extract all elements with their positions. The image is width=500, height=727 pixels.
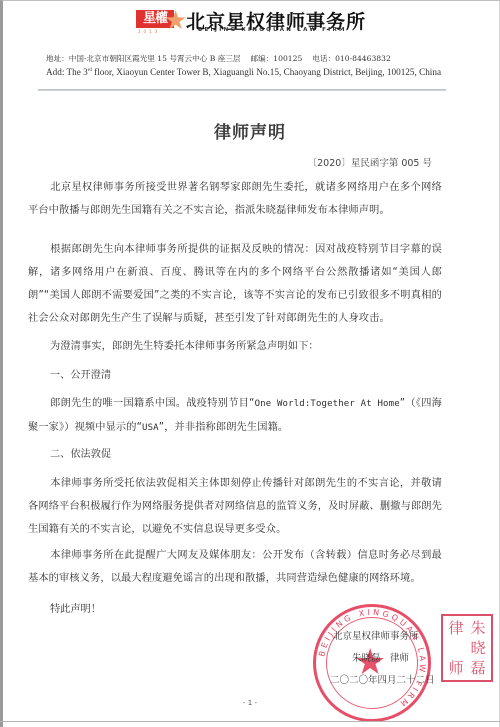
page-title: 律师声明 (0, 118, 500, 143)
bottom-border (0, 721, 500, 722)
page-number: - 1 - (0, 699, 500, 707)
paragraph-urge: 本律师事务所受托依法敦促相关主体即刻停止传播针对郎朗先生的不实言论，并敬请各网络… (28, 472, 442, 541)
paragraph-declaration-lead: 为澄清事实，郎朗先生特委托本律师事务所紧急声明如下： (28, 335, 442, 358)
paragraph-clarification: 郎朗先生的唯一国籍系中国。战疫特别节目“One World:Together A… (28, 392, 442, 440)
clarification-text-a: 郎朗先生的唯一国籍系中国。战疫特别节目“ (50, 398, 255, 409)
header-divider (38, 89, 446, 91)
signature-date: 二〇二〇年四月二十二日 (330, 672, 435, 686)
document-number: 〔2020〕星民函字第 005 号 (308, 155, 432, 169)
lawyer-seal: 朱 律 晓 师 磊 (441, 614, 493, 682)
paragraph-intro-text: 北京星权律师事务所接受世界著名钢琴家郎朗先生委托，就诸多网络用户在多个网络平台中… (28, 182, 442, 216)
firm-logo: 星權 2013 ★ (136, 8, 186, 36)
program-name: One World:Together At Home (255, 399, 400, 409)
address-en-suffix: floor, Xiaoyun Center Tower B, Xiaguangl… (92, 67, 441, 77)
paragraph-background-text: 根据郎朗先生向本律师事务所提供的证据及反映的情况：因对战疫特别节目字幕的误解，诸… (28, 244, 442, 324)
section-heading-2: 二、依法敦促 (50, 445, 111, 460)
paragraph-reminder: 本律师事务所在此提醒广大网友及媒体朋友：公开发布（含转载）信息时务必尽到最基本的… (28, 544, 442, 590)
address-en-prefix: Add: The 3 (46, 67, 88, 77)
seal-char: 朱 (467, 618, 489, 638)
paragraph-urge-text: 本律师事务所受托依法敦促相关主体即刻停止传播针对郎朗先生的不实言论，并敬请各网络… (28, 478, 442, 535)
signature-lawyer: 朱晓磊 律师 (352, 650, 409, 664)
clarification-text-c: ”，并非指称郎朗先生国籍。 (159, 422, 288, 433)
usa-label: USA (142, 423, 159, 433)
seal-char: 师 (445, 658, 467, 678)
seal-char: 晓 (467, 638, 489, 658)
paragraph-reminder-text: 本律师事务所在此提醒广大网友及媒体朋友：公开发布（含转载）信息时务必尽到最基本的… (28, 550, 442, 584)
closing-statement: 特此声明！ (50, 600, 101, 615)
signature-firm: 北京星权律师事务所 (333, 628, 419, 642)
firm-name-en: BEIJING XINGQUAN LAW FIRM (198, 27, 347, 33)
logo-year: 2013 (138, 29, 160, 34)
address-cn: 地址：中国-北京市朝阳区霞光里 15 号霄云中心 B 座三层 邮编：100125… (46, 53, 391, 64)
address-en: Add: The 3rd floor, Xiaoyun Center Tower… (46, 67, 441, 77)
section-heading-1: 一、公开澄清 (50, 366, 111, 381)
paragraph-intro: 北京星权律师事务所接受世界著名钢琴家郎朗先生委托，就诸多网络用户在多个网络平台中… (28, 176, 442, 222)
paragraph-background: 根据郎朗先生向本律师事务所提供的证据及反映的情况：因对战疫特别节目字幕的误解，诸… (28, 238, 442, 330)
star-icon: ★ (164, 8, 187, 34)
seal-char: 律 (445, 618, 467, 638)
seal-char: 磊 (467, 658, 489, 678)
paragraph-declaration-lead-text: 为澄清事实，郎朗先生特委托本律师事务所紧急声明如下： (50, 341, 319, 352)
